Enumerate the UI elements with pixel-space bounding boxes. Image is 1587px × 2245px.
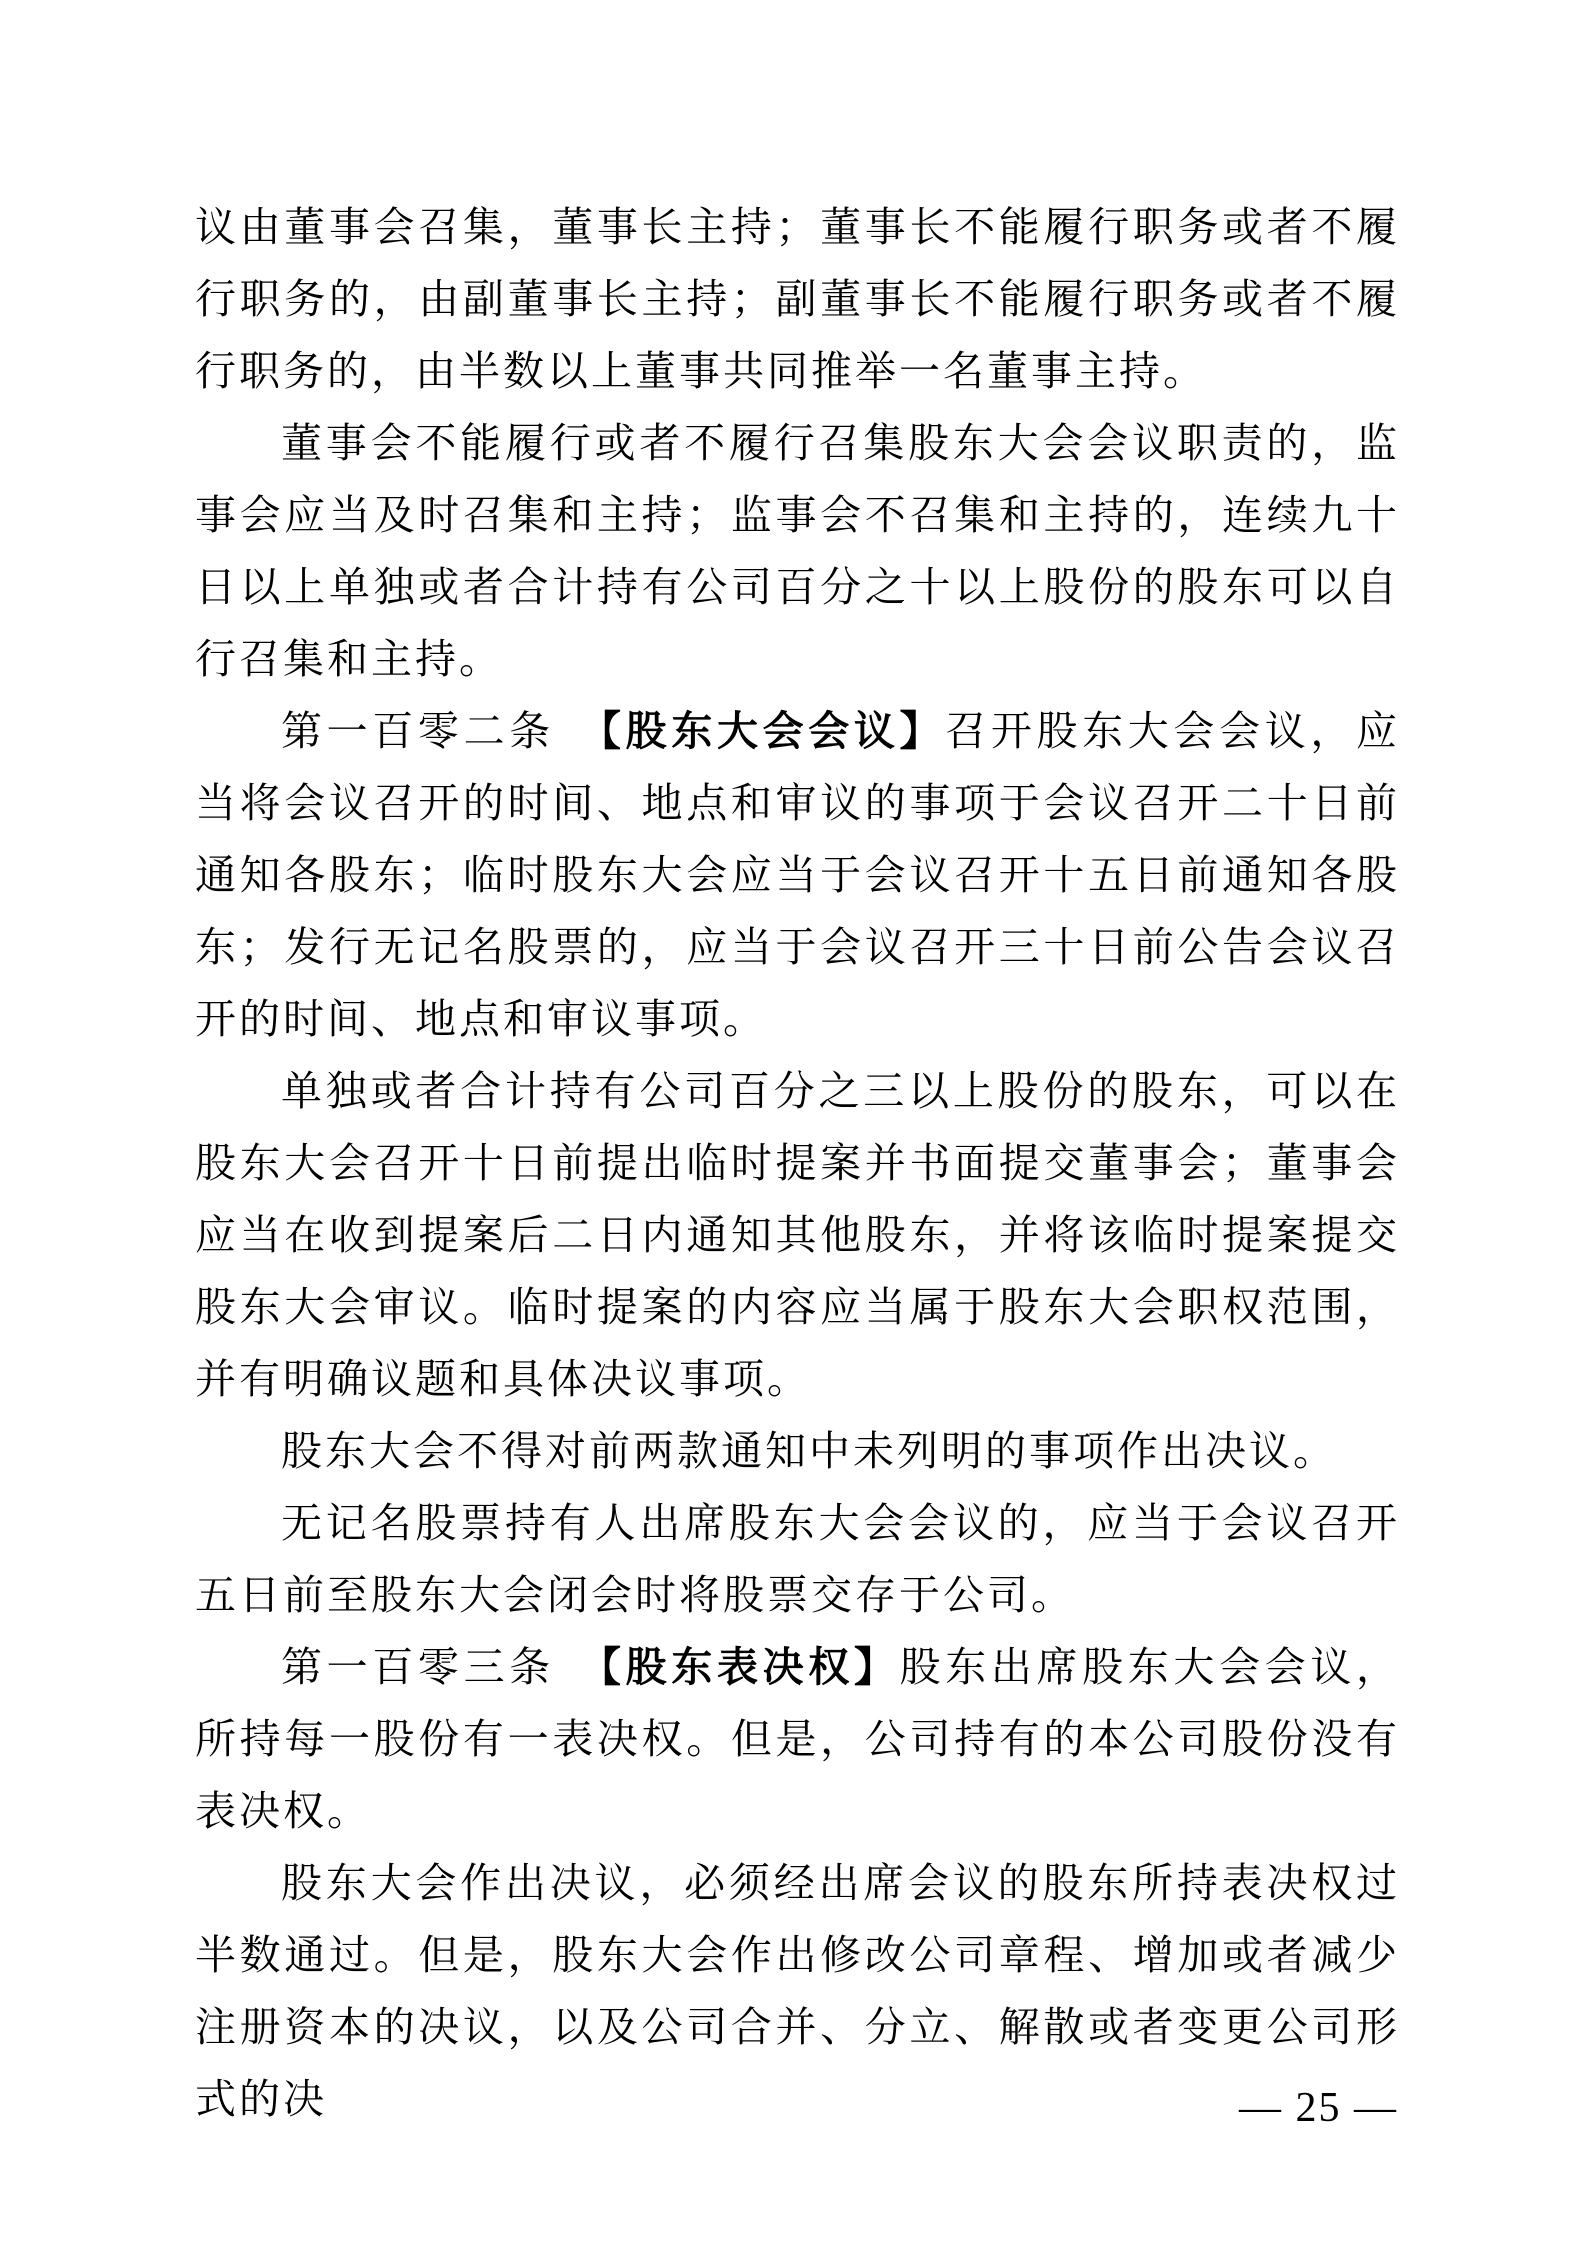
text-segment: 董事会不能履行或者不履行召集股东大会会议职责的，监事会应当及时召集和主持；监事会…: [195, 420, 1400, 682]
paragraph-7: 第一百零三条 【股东表决权】股东出席股东大会会议，所持每一股份有一表决权。但是，…: [195, 1631, 1400, 1847]
paragraph-2: 董事会不能履行或者不履行召集股东大会会议职责的，监事会应当及时召集和主持；监事会…: [195, 407, 1400, 695]
text-segment: 无记名股票持有人出席股东大会会议的，应当于会议召开五日前至股东大会闭会时将股票交…: [195, 1500, 1400, 1618]
paragraph-5: 股东大会不得对前两款通知中未列明的事项作出决议。: [195, 1415, 1400, 1487]
paragraph-4: 单独或者合计持有公司百分之三以上股份的股东，可以在股东大会召开十日前提出临时提案…: [195, 1055, 1400, 1415]
text-body: 议由董事会召集，董事长主持；董事长不能履行职务或者不履行职务的，由副董事长主持；…: [195, 191, 1400, 2135]
document-page: 议由董事会召集，董事长主持；董事长不能履行职务或者不履行职务的，由副董事长主持；…: [0, 0, 1587, 2245]
text-segment: 股东大会作出决议，必须经出席会议的股东所持表决权过半数通过。但是，股东大会作出修…: [195, 1860, 1400, 2122]
text-segment: 召开股东大会会议，应当将会议召开的时间、地点和审议的事项于会议召开二十日前通知各…: [195, 708, 1400, 1042]
paragraph-1: 议由董事会召集，董事长主持；董事长不能履行职务或者不履行职务的，由副董事长主持；…: [195, 191, 1400, 407]
paragraph-3: 第一百零二条 【股东大会会议】召开股东大会会议，应当将会议召开的时间、地点和审议…: [195, 695, 1400, 1055]
text-segment: 第一百零二条: [281, 708, 601, 754]
paragraph-8: 股东大会作出决议，必须经出席会议的股东所持表决权过半数通过。但是，股东大会作出修…: [195, 1847, 1400, 2135]
paragraph-6: 无记名股票持有人出席股东大会会议的，应当于会议召开五日前至股东大会闭会时将股票交…: [195, 1487, 1400, 1631]
page-number: — 25 —: [1239, 2078, 1398, 2138]
text-segment: 股东大会不得对前两款通知中未列明的事项作出决议。: [281, 1428, 1337, 1474]
article-title-segment: 【股东表决权】: [601, 1644, 900, 1690]
text-segment: 单独或者合计持有公司百分之三以上股份的股东，可以在股东大会召开十日前提出临时提案…: [195, 1068, 1400, 1402]
text-segment: 第一百零三条: [281, 1644, 601, 1690]
text-segment: 议由董事会召集，董事长主持；董事长不能履行职务或者不履行职务的，由副董事长主持；…: [195, 204, 1400, 394]
article-title-segment: 【股东大会会议】: [601, 708, 946, 754]
